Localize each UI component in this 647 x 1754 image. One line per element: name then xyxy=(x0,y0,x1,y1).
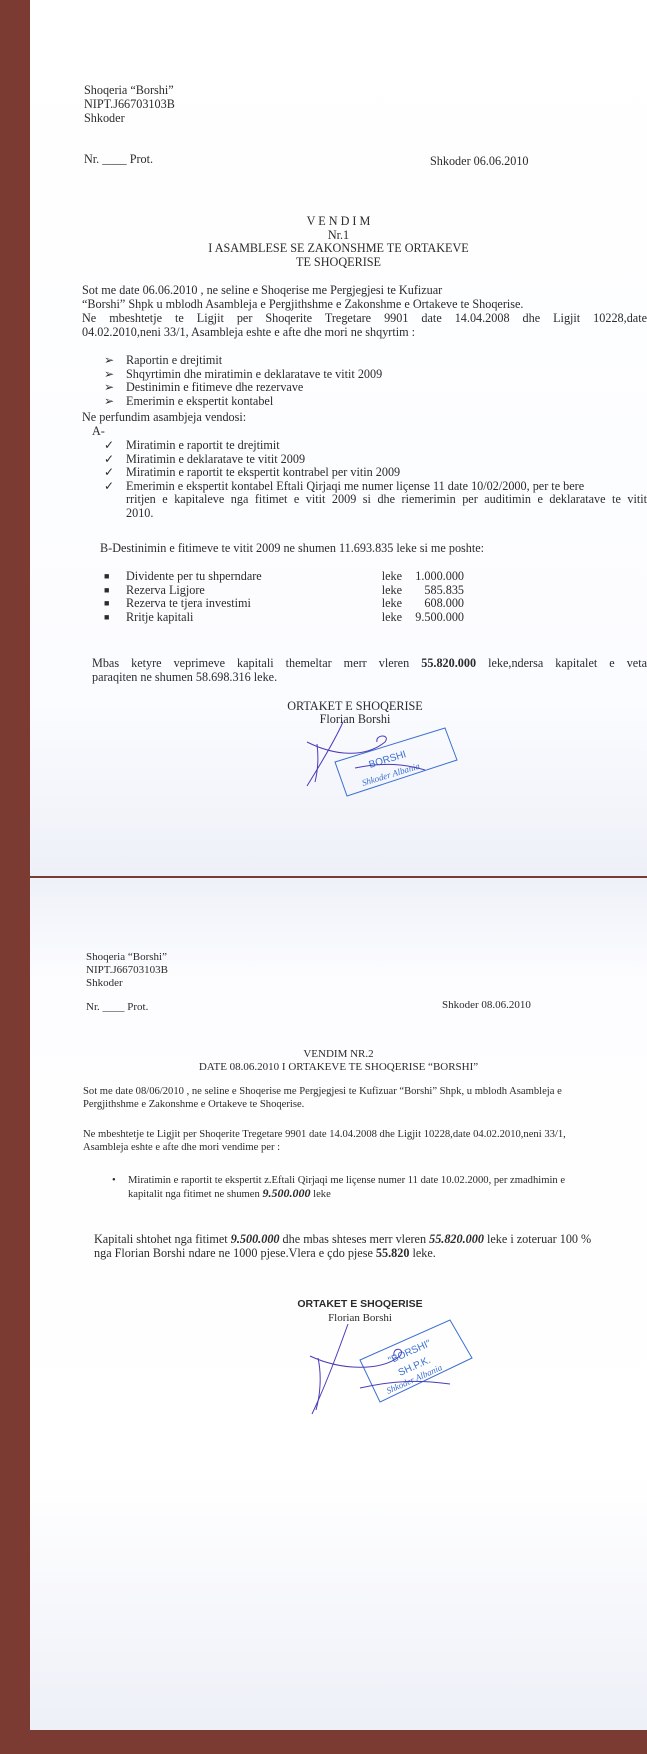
arrow-bullet-icon: ➢ xyxy=(104,354,114,368)
decision-line: Miratimin e raportit te ekspertit z.Efta… xyxy=(128,1174,565,1188)
protocol-number: Nr. ____ Prot. xyxy=(86,1001,148,1015)
decision-title: V E N D I M xyxy=(30,215,647,229)
list-item: ➢Destinimin e fitimeve dhe rezervave xyxy=(100,381,382,395)
intro-line: Sot me date 06.06.2010 , ne seline e Sho… xyxy=(82,284,442,298)
intro-line: 04.02.2010,neni 33/1, Asambleja eshte e … xyxy=(82,326,415,340)
decision-subtitle: I ASAMBLESE SE ZAKONSHME TE ORTAKEVE xyxy=(30,242,647,256)
company-city: Shkoder xyxy=(86,977,123,991)
place-date: Shkoder 08.06.2010 xyxy=(442,999,531,1013)
section-a-label: A- xyxy=(92,425,105,439)
intro-line: Pergjithshme e Zakonshme e Ortakeve te S… xyxy=(83,1098,304,1112)
decision-a4-continued: rritjen e kapitaleve nga fitimet e vitit… xyxy=(126,493,647,507)
agenda-list: ➢Raportin e drejtimit ➢Shqyrtimin dhe mi… xyxy=(100,354,382,408)
company-nipt: NIPT.J66703103B xyxy=(84,98,175,112)
intro-line: Sot me date 08/06/2010 , ne seline e Sho… xyxy=(83,1085,562,1099)
table-row: ■Dividente per tu shperndare leke 1.000.… xyxy=(100,570,464,584)
table-row: ■Rezerva te tjera investimi leke 608.000 xyxy=(100,597,464,611)
capital-line-2: nga Florian Borshi ndare ne 1000 pjese.V… xyxy=(94,1247,436,1261)
company-nipt: NIPT.J66703103B xyxy=(86,964,168,978)
list-item: ✓Miratimin e deklaratave te vitit 2009 xyxy=(100,453,584,467)
company-name: Shoqeria “Borshi” xyxy=(86,951,167,965)
closing-line: Mbas ketyre veprimeve kapitali themeltar… xyxy=(92,657,647,671)
check-icon: ✓ xyxy=(104,480,114,494)
document-page-1: Shoqeria “Borshi” NIPT.J66703103B Shkode… xyxy=(30,0,647,876)
section-b-label: B-Destinimin e fitimeve te vitit 2009 ne… xyxy=(100,542,484,556)
signature-stamp-icon: "BORSHI" SH.P.K. Shkoder Albania xyxy=(300,1310,500,1420)
list-item: ➢Raportin e drejtimit xyxy=(100,354,382,368)
company-name: Shoqeria “Borshi” xyxy=(84,84,174,98)
square-bullet-icon: ■ xyxy=(104,597,109,611)
decision-line-2: kapitalit nga fitimet ne shumen 9.500.00… xyxy=(128,1187,331,1202)
dot-bullet-icon: • xyxy=(112,1174,116,1188)
list-item: ➢Shqyrtimin dhe miratimin e deklaratave … xyxy=(100,368,382,382)
square-bullet-icon: ■ xyxy=(104,584,109,598)
list-item: ✓Miratimin e raportit te ekspertit kontr… xyxy=(100,466,584,480)
allocation-table: ■Dividente per tu shperndare leke 1.000.… xyxy=(100,570,464,624)
table-row: ■Rezerva Ligjore leke 585.835 xyxy=(100,584,464,598)
intro-line: “Borshi” Shpk u mblodh Asambleja e Pergj… xyxy=(82,298,523,312)
legal-basis-line: Ne mbeshtetje te Ligjit per Shoqerite Tr… xyxy=(83,1128,566,1142)
arrow-bullet-icon: ➢ xyxy=(104,381,114,395)
legal-basis-line: Asambleja eshte e afte dhe mori vendime … xyxy=(83,1141,280,1155)
signature-stamp-icon: BORSHI Shkoder Albania xyxy=(295,720,475,800)
document-page-2: Shoqeria “Borshi” NIPT.J66703103B Shkode… xyxy=(30,878,647,1730)
decisions-a-list: ✓Miratimin e raportit te drejtimit ✓Mira… xyxy=(100,439,584,493)
arrow-bullet-icon: ➢ xyxy=(104,395,114,409)
square-bullet-icon: ■ xyxy=(104,611,109,625)
decision-subtitle-2: TE SHOQERISE xyxy=(30,256,647,270)
decision-a4-continued: 2010. xyxy=(126,507,153,521)
check-icon: ✓ xyxy=(104,453,114,467)
check-icon: ✓ xyxy=(104,439,114,453)
closing-line-2: paraqiten ne shumen 58.698.316 leke. xyxy=(92,671,277,685)
company-city: Shkoder xyxy=(84,112,125,126)
place-date: Shkoder 06.06.2010 xyxy=(430,155,529,169)
list-item: ✓Miratimin e raportit te drejtimit xyxy=(100,439,584,453)
conclusion-text: Ne perfundim asambjeja vendosi: xyxy=(82,411,246,425)
check-icon: ✓ xyxy=(104,466,114,480)
intro-line: Ne mbeshtetje te Ligjit per Shoqerite Tr… xyxy=(82,312,647,326)
arrow-bullet-icon: ➢ xyxy=(104,368,114,382)
table-row: ■Rritje kapitali leke 9.500.000 xyxy=(100,611,464,625)
protocol-number: Nr. ____ Prot. xyxy=(84,153,153,167)
square-bullet-icon: ■ xyxy=(104,570,109,584)
capital-line: Kapitali shtohet nga fitimet 9.500.000 d… xyxy=(94,1233,591,1247)
list-item: ➢Emerimin e ekspertit kontabel xyxy=(100,395,382,409)
decision-subtitle: DATE 08.06.2010 I ORTAKEVE TE SHOQERISE … xyxy=(30,1061,647,1075)
decision-title: VENDIM NR.2 xyxy=(30,1048,647,1062)
